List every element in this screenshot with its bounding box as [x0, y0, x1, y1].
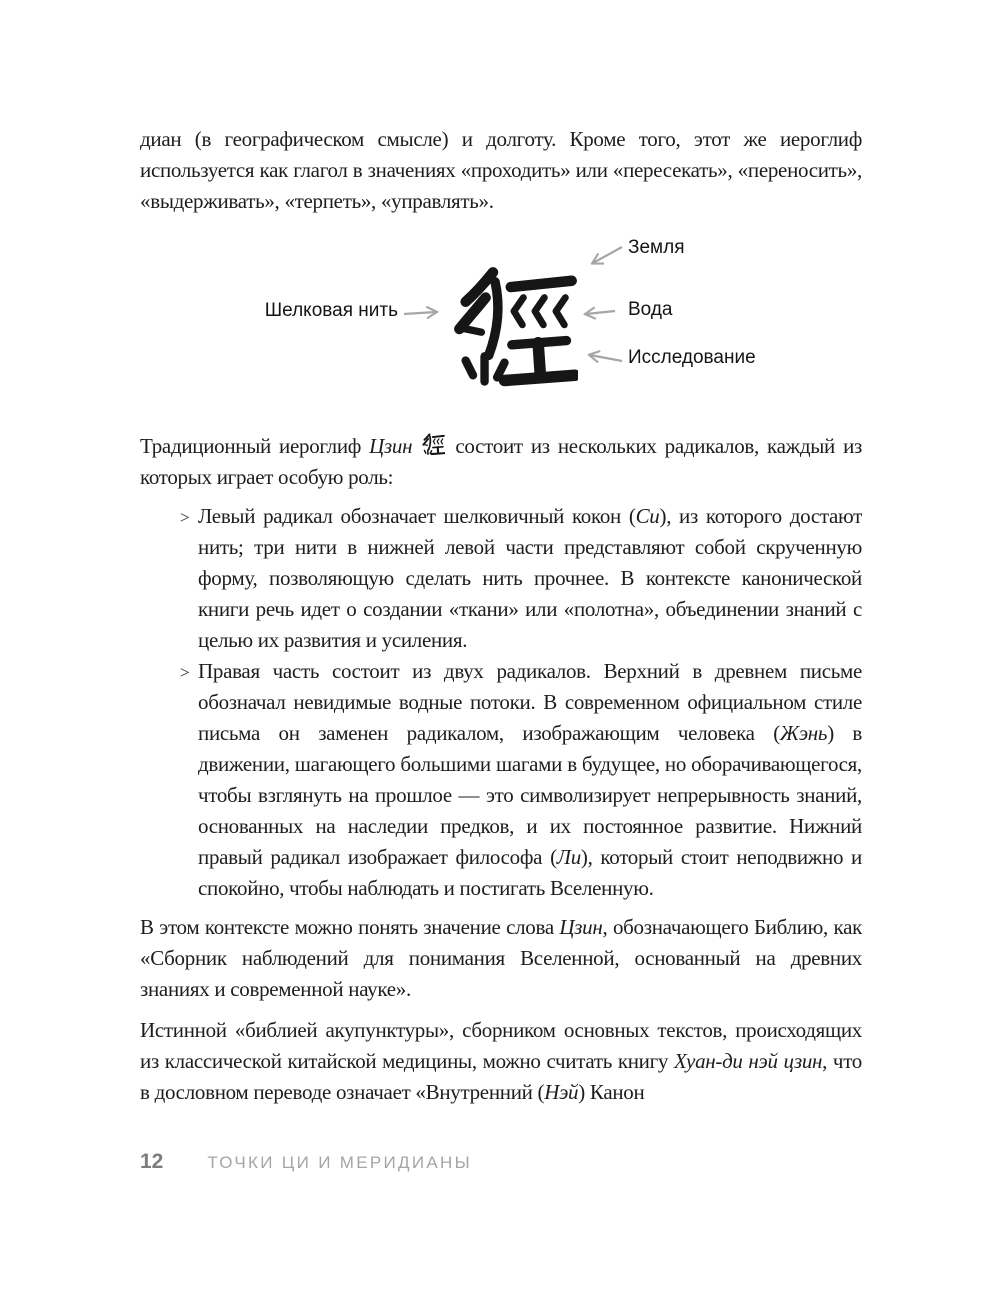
bullet-marker: > [180, 502, 189, 533]
paragraph-intro: диан (в географическом смысле) и долготу… [140, 124, 862, 217]
arrow-research [590, 355, 622, 361]
list-item-left-radical: > Левый радикал обозначает шелковичный к… [140, 501, 862, 656]
page-number: 12 [140, 1150, 163, 1173]
radicals-list: > Левый радикал обозначает шелковичный к… [140, 501, 862, 904]
book-page: диан (в географическом смысле) и долготу… [0, 0, 986, 1299]
list-item-right-part: > Правая часть состоит из двух радикалов… [140, 656, 862, 904]
list-item-text: Левый радикал обозначает шелковичный кок… [198, 504, 862, 652]
diagram-arrows [140, 235, 862, 401]
bullet-marker: > [180, 657, 189, 688]
paragraph-traditional-hieroglyph: Традиционный иероглиф Цзин состоит из не… [140, 431, 862, 493]
arrow-water [586, 311, 615, 314]
hanzi-jing-inline [422, 433, 445, 456]
arrow-earth [593, 247, 622, 263]
character-diagram: Шелковая нить Земля Вода Исследование [140, 235, 862, 401]
paragraph-bible-of-acupuncture: Истинной «библией акупунктуры», сборнико… [140, 1015, 862, 1108]
arrow-silk-thread [404, 312, 436, 314]
running-title: ТОЧКИ ЦИ И МЕРИДИАНЫ [207, 1153, 472, 1172]
paragraph-context: В этом контексте можно понять значение с… [140, 912, 862, 1005]
list-item-text: Правая часть состоит из двух радикалов. … [198, 659, 862, 900]
page-footer: 12ТОЧКИ ЦИ И МЕРИДИАНЫ [140, 1150, 862, 1174]
text-block: диан (в географическом смысле) и долготу… [140, 124, 862, 1108]
